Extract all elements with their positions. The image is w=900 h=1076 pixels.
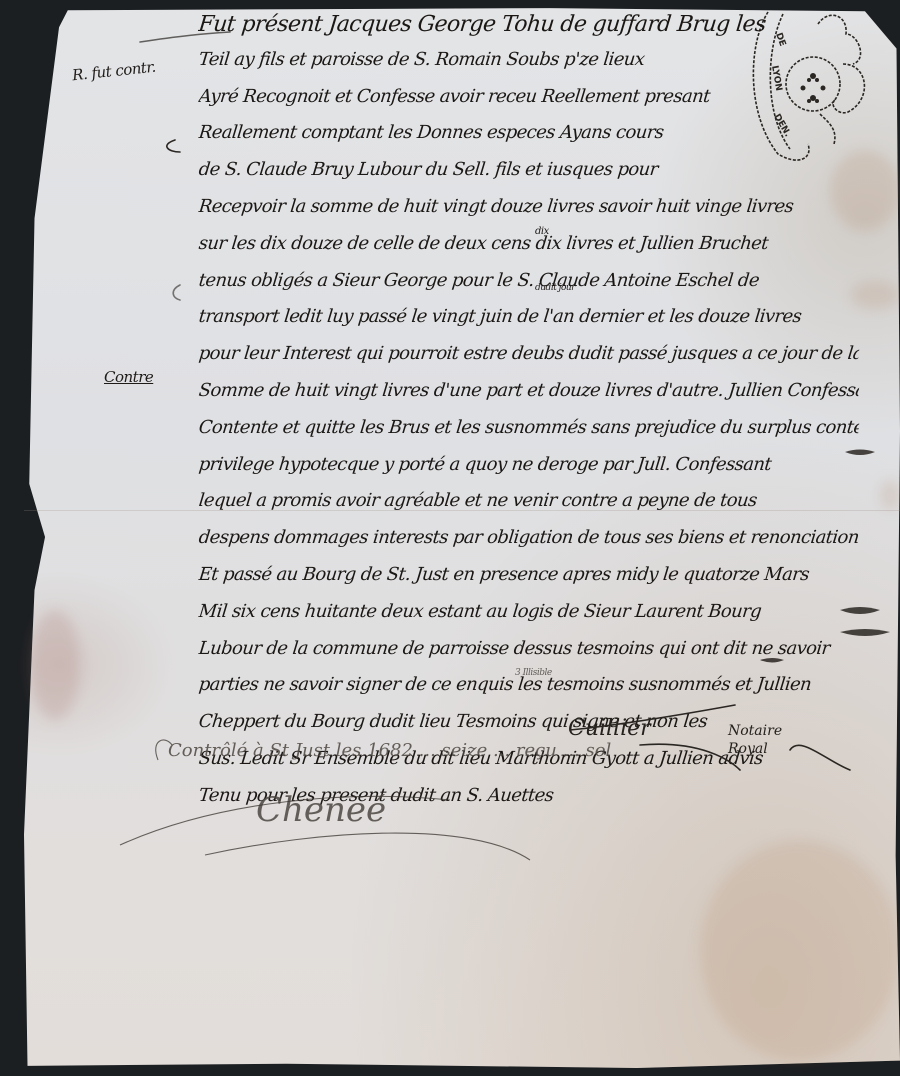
interlinear-insertion: dix — [535, 226, 549, 237]
margin-note-contre: Contre — [104, 368, 153, 386]
manuscript-line: tenus obligés a Sieur George pour le S. … — [196, 270, 860, 307]
manuscript-line: Recepvoir la somme de huit vingt douze l… — [196, 196, 860, 233]
manuscript-line: Reallement comptant les Donnes especes A… — [196, 122, 860, 159]
manuscript-line: despens dommages interests par obligatio… — [196, 527, 860, 564]
manuscript-body: Fut présent Jacques George Tohu de guffa… — [198, 12, 858, 822]
control-annotation: Contrôlé à St Just les 1682 ... seize ..… — [168, 740, 688, 761]
notary-signature: Cuillier — [568, 716, 651, 741]
manuscript-line: Mil six cens huitante deux estant au log… — [196, 601, 860, 638]
manuscript-line: Ayré Recognoit et Confesse avoir receu R… — [196, 86, 860, 123]
water-stain — [30, 610, 80, 720]
interlinear-insertion: 3 Illisible — [515, 668, 552, 678]
water-stain — [880, 480, 900, 510]
controller-signature: Cheneé — [256, 790, 386, 830]
manuscript-line: sur les dix douze de celle de deux cens … — [196, 233, 860, 270]
manuscript-line: Contente et quitte les Brus et les susno… — [196, 417, 860, 454]
manuscript-line: Somme de huit vingt livres d'une part et… — [196, 380, 860, 417]
manuscript-line: de S. Claude Bruy Lubour du Sell. fils e… — [196, 159, 860, 196]
manuscript-line: Fut présent Jacques George Tohu de guffa… — [196, 12, 860, 49]
water-stain — [700, 840, 900, 1060]
document-photo: DE LYON DEN. R. fut contr. Contre Fut pr… — [0, 0, 900, 1076]
manuscript-line: lequel a promis avoir agréable et ne ven… — [196, 490, 860, 527]
interlinear-insertion: dudit jour — [535, 283, 575, 293]
manuscript-line: Teil ay fils et paroisse de S. Romain So… — [196, 49, 860, 86]
manuscript-line: privilege hypotecque y porté a quoy ne d… — [196, 454, 860, 491]
manuscript-line: Et passé au Bourg de St. Just en presenc… — [196, 564, 860, 601]
manuscript-line: transport ledit luy passé le vingt juin … — [196, 306, 860, 343]
manuscript-line: pour leur Interest qui pourroit estre de… — [196, 343, 860, 380]
manuscript-line: parties ne savoir signer de ce enquis le… — [196, 674, 860, 711]
notary-title: Notaire Royal — [728, 722, 818, 758]
